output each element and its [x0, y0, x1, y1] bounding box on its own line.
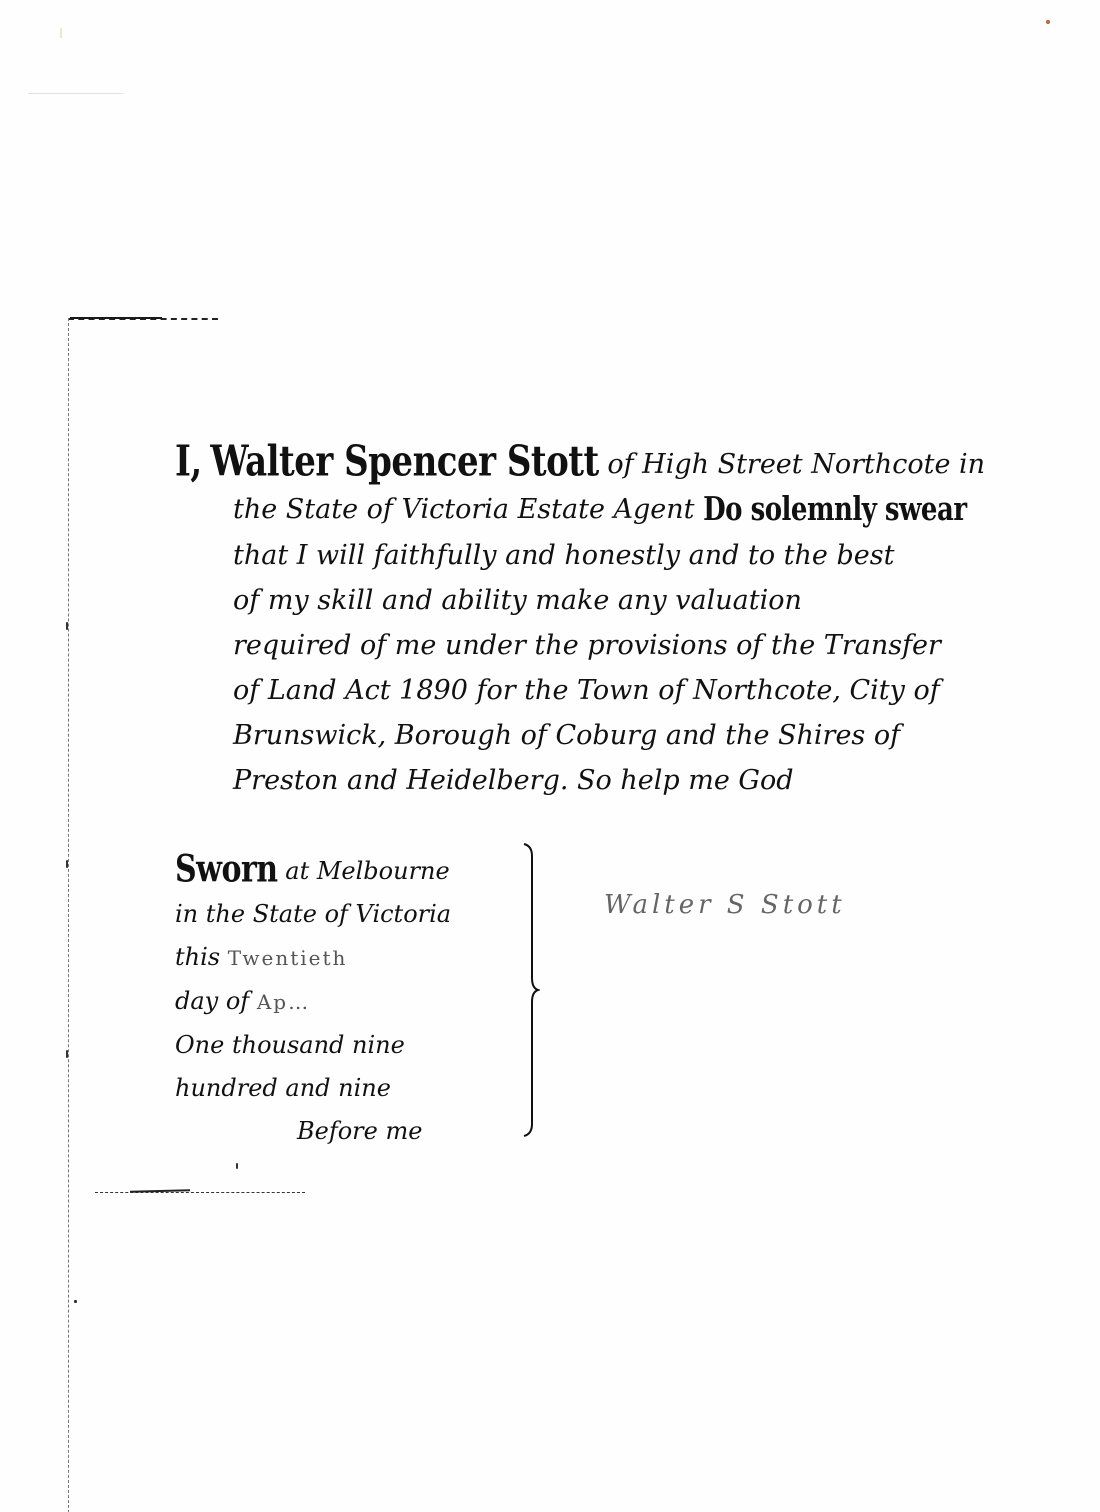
deponent-signature: Walter S Stott	[604, 890, 846, 920]
oath-line-5: required of me under the provisions of t…	[175, 623, 1035, 668]
jurat-line-2: in the State of Victoria	[175, 893, 525, 936]
oath-pronoun: I,	[175, 434, 202, 490]
stray-mark	[236, 1163, 238, 1169]
jurat-line-6: hundred and nine	[175, 1067, 525, 1110]
jurat-day-of: day of	[175, 987, 249, 1015]
jurat-line-5: One thousand nine	[175, 1024, 525, 1067]
document-page: I, Walter Spencer Stott of High Street N…	[0, 0, 1100, 1512]
oath-line-6: of Land Act 1890 for the Town of Northco…	[175, 668, 1035, 713]
oath-line-8: Preston and Heidelberg. So help me God	[175, 758, 1035, 803]
jurat-place: at Melbourne	[285, 857, 449, 885]
oath-line-4: of my skill and ability make any valuati…	[175, 578, 1035, 623]
stray-mark	[66, 622, 68, 630]
frame-left-rule	[68, 318, 69, 1512]
oath-line-text: the State of Victoria Estate Agent	[233, 494, 695, 525]
frame-bottom-rule	[95, 1192, 305, 1193]
jurat-line-1: Sworn at Melbourne	[175, 848, 525, 893]
oath-line-1: I, Walter Spencer Stott of High Street N…	[175, 440, 1035, 487]
stray-mark	[66, 1050, 68, 1058]
stray-mark	[66, 860, 68, 868]
jurat-line-7: Before me	[175, 1110, 525, 1153]
oath-line-2: the State of Victoria Estate Agent Do so…	[175, 487, 1035, 533]
jurat-block: Sworn at Melbourne in the State of Victo…	[175, 848, 525, 1153]
jurat-month-value: Ap…	[257, 990, 310, 1014]
scan-artifact-line	[28, 93, 123, 94]
oath-line-7: Brunswick, Borough of Coburg and the Shi…	[175, 713, 1035, 758]
scan-artifact-tick	[60, 28, 62, 38]
oath-line-3: that I will faithfully and honestly and …	[175, 533, 1035, 578]
jurat-day-value: Twentieth	[228, 946, 348, 970]
scan-artifact-dot	[1046, 20, 1050, 24]
jurat-line-3: this Twentieth	[175, 936, 525, 980]
frame-top-rule-solid	[70, 317, 162, 319]
jurat-brace	[520, 842, 540, 1138]
stray-mark	[74, 1300, 77, 1303]
deponent-name: Walter Spencer Stott	[210, 434, 598, 490]
oath-line-text: of High Street Northcote in	[607, 449, 985, 480]
jurat-line-4: day of Ap…	[175, 980, 525, 1024]
sworn-label: Sworn	[175, 843, 278, 897]
jurat-this: this	[175, 943, 220, 971]
oath-paragraph: I, Walter Spencer Stott of High Street N…	[175, 440, 1035, 803]
oath-emphasis: Do solemnly swear	[703, 482, 966, 538]
